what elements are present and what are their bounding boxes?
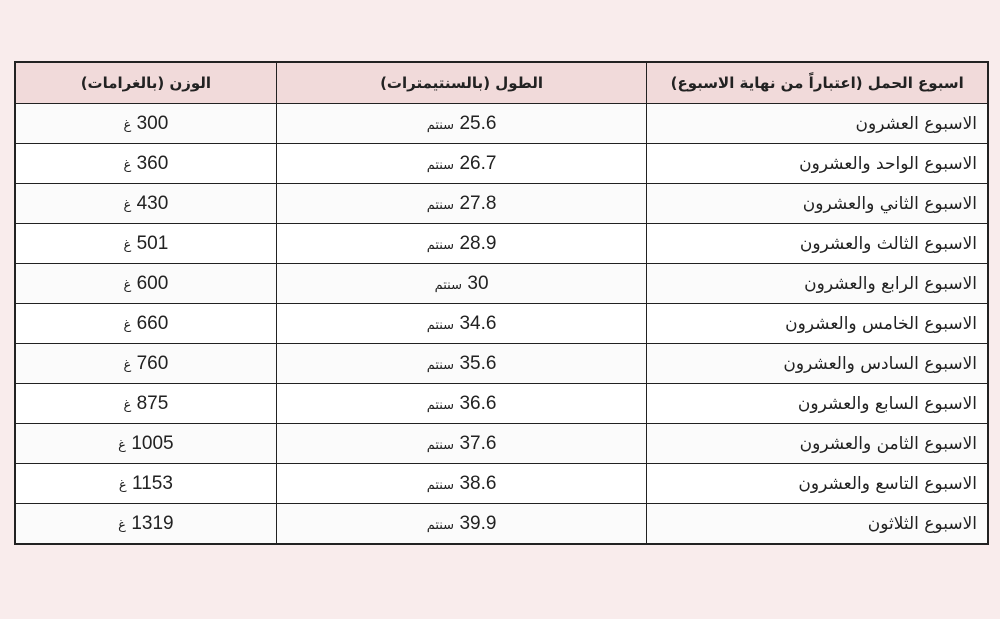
week-cell: الاسبوع الثلاثون xyxy=(647,504,988,545)
weight-value: 875 xyxy=(137,393,169,414)
length-value: 38.6 xyxy=(459,473,496,494)
length-cell: 38.6 سنتم xyxy=(276,464,647,504)
length-unit: سنتم xyxy=(427,198,454,213)
weight-value: 1319 xyxy=(131,513,173,534)
table-row: الاسبوع الخامس والعشرون34.6 سنتم660 غ xyxy=(15,304,988,344)
length-cell: 34.6 سنتم xyxy=(276,304,647,344)
weight-cell: 360 غ xyxy=(15,144,276,184)
length-value: 34.6 xyxy=(459,313,496,334)
length-unit: سنتم xyxy=(427,118,454,133)
week-cell: الاسبوع الثالث والعشرون xyxy=(647,224,988,264)
length-value: 27.8 xyxy=(459,193,496,214)
week-cell: الاسبوع الخامس والعشرون xyxy=(647,304,988,344)
table-body: الاسبوع العشرون25.6 سنتم300 غالاسبوع الو… xyxy=(15,104,988,545)
length-cell: 27.8 سنتم xyxy=(276,184,647,224)
weight-unit: غ xyxy=(118,518,126,533)
length-unit: سنتم xyxy=(427,158,454,173)
length-unit: سنتم xyxy=(427,518,454,533)
length-unit: سنتم xyxy=(427,358,454,373)
length-value: 30 xyxy=(467,273,488,294)
table-row: الاسبوع السابع والعشرون36.6 سنتم875 غ xyxy=(15,384,988,424)
length-unit: سنتم xyxy=(427,238,454,253)
table-row: الاسبوع التاسع والعشرون38.6 سنتم1153 غ xyxy=(15,464,988,504)
table-row: الاسبوع الثامن والعشرون37.6 سنتم1005 غ xyxy=(15,424,988,464)
length-cell: 26.7 سنتم xyxy=(276,144,647,184)
header-row: اسبوع الحمل (اعتباراً من نهاية الاسبوع) … xyxy=(15,62,988,104)
weight-value: 300 xyxy=(137,113,169,134)
length-cell: 39.9 سنتم xyxy=(276,504,647,545)
table-row: الاسبوع الرابع والعشرون30 سنتم600 غ xyxy=(15,264,988,304)
weight-unit: غ xyxy=(123,198,131,213)
length-value: 25.6 xyxy=(459,113,496,134)
weight-cell: 1319 غ xyxy=(15,504,276,545)
length-cell: 25.6 سنتم xyxy=(276,104,647,144)
table-row: الاسبوع الثاني والعشرون27.8 سنتم430 غ xyxy=(15,184,988,224)
length-unit: سنتم xyxy=(435,278,462,293)
length-cell: 30 سنتم xyxy=(276,264,647,304)
length-unit: سنتم xyxy=(427,318,454,333)
length-cell: 36.6 سنتم xyxy=(276,384,647,424)
length-unit: سنتم xyxy=(427,398,454,413)
weight-cell: 501 غ xyxy=(15,224,276,264)
weight-unit: غ xyxy=(123,118,131,133)
header-weight: الوزن (بالغرامات) xyxy=(15,62,276,104)
length-unit: سنتم xyxy=(427,478,454,493)
weight-value: 1005 xyxy=(131,433,173,454)
length-value: 39.9 xyxy=(459,513,496,534)
week-cell: الاسبوع الثاني والعشرون xyxy=(647,184,988,224)
weight-cell: 875 غ xyxy=(15,384,276,424)
weight-cell: 760 غ xyxy=(15,344,276,384)
header-week: اسبوع الحمل (اعتباراً من نهاية الاسبوع) xyxy=(647,62,988,104)
length-cell: 35.6 سنتم xyxy=(276,344,647,384)
week-cell: الاسبوع العشرون xyxy=(647,104,988,144)
length-value: 26.7 xyxy=(459,153,496,174)
weight-cell: 1153 غ xyxy=(15,464,276,504)
weight-value: 660 xyxy=(137,313,169,334)
weight-cell: 430 غ xyxy=(15,184,276,224)
weight-value: 760 xyxy=(137,353,169,374)
weight-unit: غ xyxy=(123,238,131,253)
weight-unit: غ xyxy=(123,318,131,333)
fetal-growth-table: اسبوع الحمل (اعتباراً من نهاية الاسبوع) … xyxy=(14,61,989,545)
table-row: الاسبوع الواحد والعشرون26.7 سنتم360 غ xyxy=(15,144,988,184)
weight-value: 430 xyxy=(137,193,169,214)
length-unit: سنتم xyxy=(427,438,454,453)
weight-unit: غ xyxy=(123,398,131,413)
week-cell: الاسبوع الواحد والعشرون xyxy=(647,144,988,184)
length-cell: 28.9 سنتم xyxy=(276,224,647,264)
week-cell: الاسبوع التاسع والعشرون xyxy=(647,464,988,504)
week-cell: الاسبوع الرابع والعشرون xyxy=(647,264,988,304)
weight-value: 1153 xyxy=(132,473,173,494)
weight-unit: غ xyxy=(119,478,127,493)
table-row: الاسبوع السادس والعشرون35.6 سنتم760 غ xyxy=(15,344,988,384)
weight-value: 360 xyxy=(137,153,169,174)
weight-cell: 300 غ xyxy=(15,104,276,144)
weight-value: 600 xyxy=(137,273,169,294)
week-cell: الاسبوع السابع والعشرون xyxy=(647,384,988,424)
weight-cell: 600 غ xyxy=(15,264,276,304)
weight-cell: 660 غ xyxy=(15,304,276,344)
length-value: 28.9 xyxy=(459,233,496,254)
table-row: الاسبوع العشرون25.6 سنتم300 غ xyxy=(15,104,988,144)
weight-value: 501 xyxy=(137,233,169,254)
table-row: الاسبوع الثالث والعشرون28.9 سنتم501 غ xyxy=(15,224,988,264)
weight-unit: غ xyxy=(123,278,131,293)
header-length: الطول (بالسنتيمترات) xyxy=(276,62,647,104)
weight-unit: غ xyxy=(123,158,131,173)
weight-cell: 1005 غ xyxy=(15,424,276,464)
length-value: 36.6 xyxy=(459,393,496,414)
weight-unit: غ xyxy=(123,358,131,373)
length-value: 35.6 xyxy=(459,353,496,374)
table-row: الاسبوع الثلاثون39.9 سنتم1319 غ xyxy=(15,504,988,545)
length-value: 37.6 xyxy=(459,433,496,454)
weight-unit: غ xyxy=(118,438,126,453)
length-cell: 37.6 سنتم xyxy=(276,424,647,464)
week-cell: الاسبوع السادس والعشرون xyxy=(647,344,988,384)
week-cell: الاسبوع الثامن والعشرون xyxy=(647,424,988,464)
